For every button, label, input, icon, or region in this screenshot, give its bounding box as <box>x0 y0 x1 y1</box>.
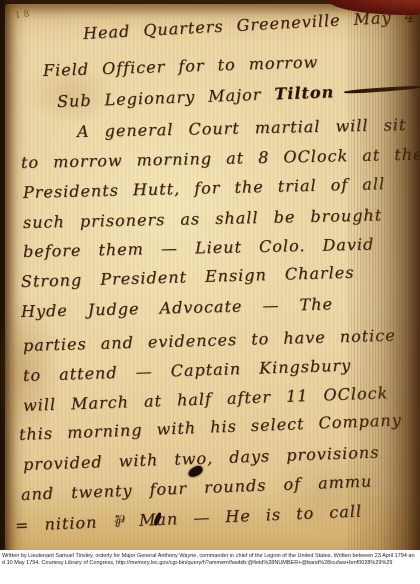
manuscript-line: parties and evidences to have notice <box>23 326 396 355</box>
manuscript-line: to morrow morning at 8 OClock at the <box>21 145 420 172</box>
flourish-dash <box>344 85 420 94</box>
caption-text: Written by Lieutenant Samuel Tinsley, or… <box>2 553 415 566</box>
manuscript-line: = nition ⅌ Man — He is to call <box>15 499 363 536</box>
caption-bar: Written by Lieutenant Samuel Tinsley, or… <box>0 550 420 584</box>
sublegionary-prefix: Sub Legionary Major <box>57 85 262 111</box>
manuscript-line: provided with two, days provisions <box>23 443 380 474</box>
manuscript-line: Field Officer for to morrow <box>43 52 319 80</box>
manuscript-line: Sub Legionary Major Tilton <box>57 79 420 111</box>
page-number: 18 <box>14 9 33 21</box>
sublegionary-name: Tilton <box>274 82 334 103</box>
manuscript-line: Hyde Judge Advocate — The <box>21 294 333 321</box>
manuscript-line: Presidents Hutt, for the trial of all <box>23 174 386 202</box>
manuscript-line: will March at half after 11 OClock <box>23 383 389 415</box>
manuscript-line: A general Court martial will sit <box>77 115 407 141</box>
manuscript-line: such prisoners as shall be brought <box>23 205 383 232</box>
manuscript-line: before them — Lieut Colo. David <box>23 235 375 261</box>
manuscript-line: this morning with his select Company <box>19 410 402 444</box>
screenshot: 18 Head Quarters Greeneville May 4th.94 … <box>0 0 420 584</box>
handwriting-layer: 18 Head Quarters Greeneville May 4th.94 … <box>5 4 420 576</box>
manuscript-line: Strong President Ensign Charles <box>21 263 355 291</box>
manuscript-line: to attend — Captain Kingsbury <box>23 356 352 385</box>
manuscript-page: 18 Head Quarters Greeneville May 4th.94 … <box>5 4 420 576</box>
manuscript-line: and twenty four rounds of ammu <box>21 472 373 504</box>
